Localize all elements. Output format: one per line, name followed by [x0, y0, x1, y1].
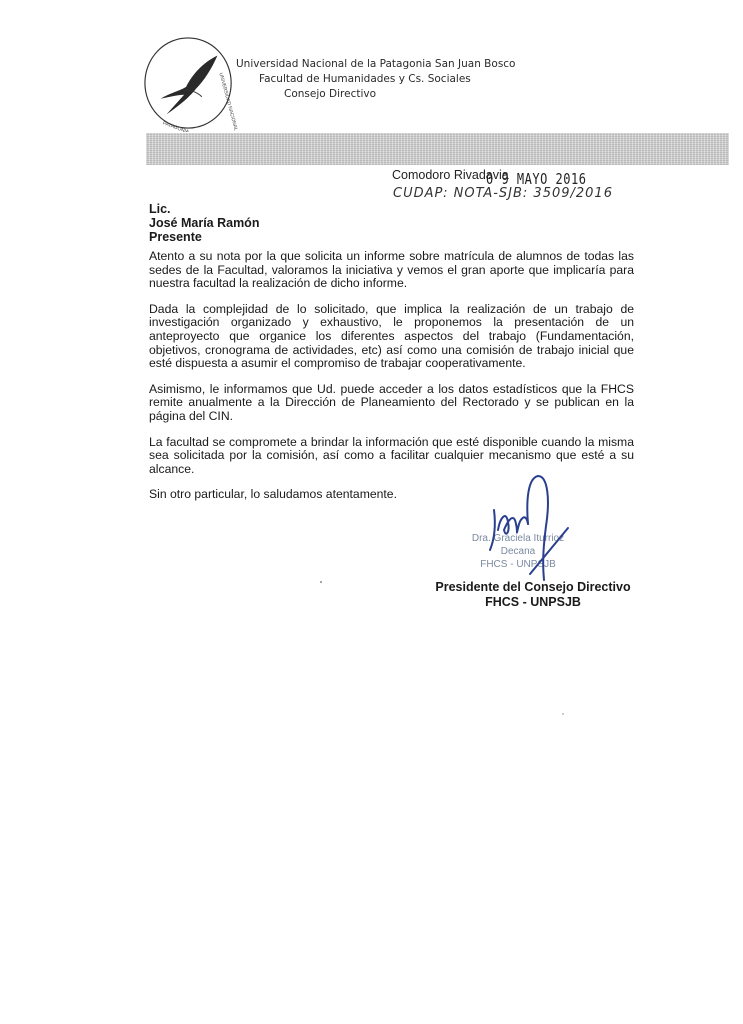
council-name: Consejo Directivo [284, 87, 376, 102]
signer-title: Presidente del Consejo Directivo [433, 580, 633, 595]
recipient-greeting: Presente [149, 230, 259, 244]
scan-speck [562, 713, 564, 715]
recipient-title: Lic. [149, 202, 259, 216]
paragraph: Asimismo, le informamos que Ud. puede ac… [149, 383, 634, 424]
handwritten-reference: CUDAP: NOTA-SJB: 3509/2016 [393, 186, 613, 201]
albatross-seal-icon: UNIVERSIDAD NACIONAL PATAGONIA [141, 34, 239, 132]
svg-text:PATAGONIA: PATAGONIA [162, 120, 191, 132]
scan-gray-band [146, 133, 729, 165]
signature-scribble-icon [470, 470, 610, 588]
recipient-name: José María Ramón [149, 216, 259, 230]
signer-org: FHCS - UNPSJB [433, 595, 633, 610]
scan-speck [320, 581, 322, 583]
university-seal-logo: UNIVERSIDAD NACIONAL PATAGONIA [141, 34, 239, 132]
recipient-block: Lic. José María Ramón Presente [149, 202, 259, 244]
university-name: Universidad Nacional de la Patagonia San… [236, 57, 515, 72]
paragraph: Atento a su nota por la que solicita un … [149, 250, 634, 291]
faculty-name: Facultad de Humanidades y Cs. Sociales [259, 72, 471, 87]
handwritten-signature [470, 470, 610, 588]
signer-block: Presidente del Consejo Directivo FHCS - … [433, 580, 633, 610]
date-stamp: 0 9 MAYO 2016 [486, 170, 586, 188]
paragraph: Dada la complejidad de lo solicitado, qu… [149, 303, 634, 371]
svg-text:UNIVERSIDAD NACIONAL: UNIVERSIDAD NACIONAL [217, 72, 238, 132]
